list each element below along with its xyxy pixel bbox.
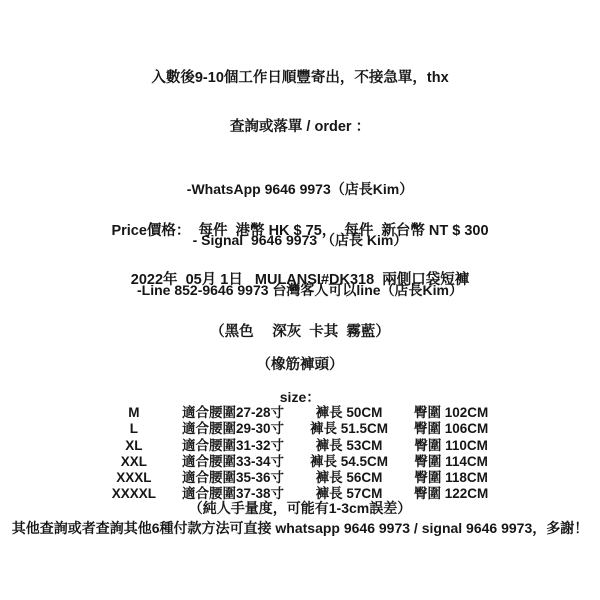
color-options: （黑色 深灰 卡其 霧藍） <box>0 324 600 341</box>
size-label: XXXL <box>112 470 156 486</box>
size-hip: 臀圍 118CM <box>414 470 488 486</box>
size-length: 褲長 50CM <box>310 405 388 421</box>
size-waist: 適合腰圍35-36寸 <box>182 470 284 486</box>
footer-payment-note: 其他查詢或者查詢其他6種付款方法可直接 whatsapp 9646 9973 /… <box>0 520 600 537</box>
price-info: Price價格： 每件 港幣 HK $ 75， 每件 新台幣 NT $ 300 <box>0 223 600 240</box>
waistband-note: （橡筋褲頭） <box>0 357 600 374</box>
size-waist: 適合腰圍27-28寸 <box>182 405 284 421</box>
size-length: 褲長 53CM <box>310 438 388 454</box>
product-title: 2022年 05月 1日 MULANSI#DK318 兩側口袋短褲 <box>0 272 600 289</box>
size-waist: 適合腰圍31-32寸 <box>182 438 284 454</box>
size-heading: size： <box>0 389 600 406</box>
size-label: M <box>112 405 156 421</box>
size-hip: 臀圍 114CM <box>414 454 488 470</box>
product-listing-document: 入數後9-10個工作日順豐寄出，不接急單，thx 查詢或落單 / order ：… <box>0 0 600 600</box>
size-hip: 臀圍 102CM <box>414 405 488 421</box>
order-heading: 查詢或落單 / order ： <box>0 119 600 136</box>
size-hip: 臀圍 110CM <box>414 438 488 454</box>
size-hip: 臀圍 106CM <box>414 421 488 437</box>
size-length: 褲長 51.5CM <box>310 421 388 437</box>
shipping-notice: 入數後9-10個工作日順豐寄出，不接急單，thx <box>0 70 600 87</box>
size-waist: 適合腰圍29-30寸 <box>182 421 284 437</box>
size-label: L <box>112 421 156 437</box>
contact-whatsapp: -WhatsApp 9646 9973（店長Kim） <box>0 181 600 198</box>
size-label: XL <box>112 438 156 454</box>
size-length: 褲長 56CM <box>310 470 388 486</box>
size-length: 褲長 54.5CM <box>310 454 388 470</box>
size-waist: 適合腰圍33-34寸 <box>182 454 284 470</box>
size-table: M 適合腰圍27-28寸 褲長 50CM 臀圍 102CM L 適合腰圍29-3… <box>0 405 600 503</box>
measurement-disclaimer: （純人手量度，可能有1-3cm誤差） <box>0 500 600 517</box>
size-label: XXL <box>112 454 156 470</box>
